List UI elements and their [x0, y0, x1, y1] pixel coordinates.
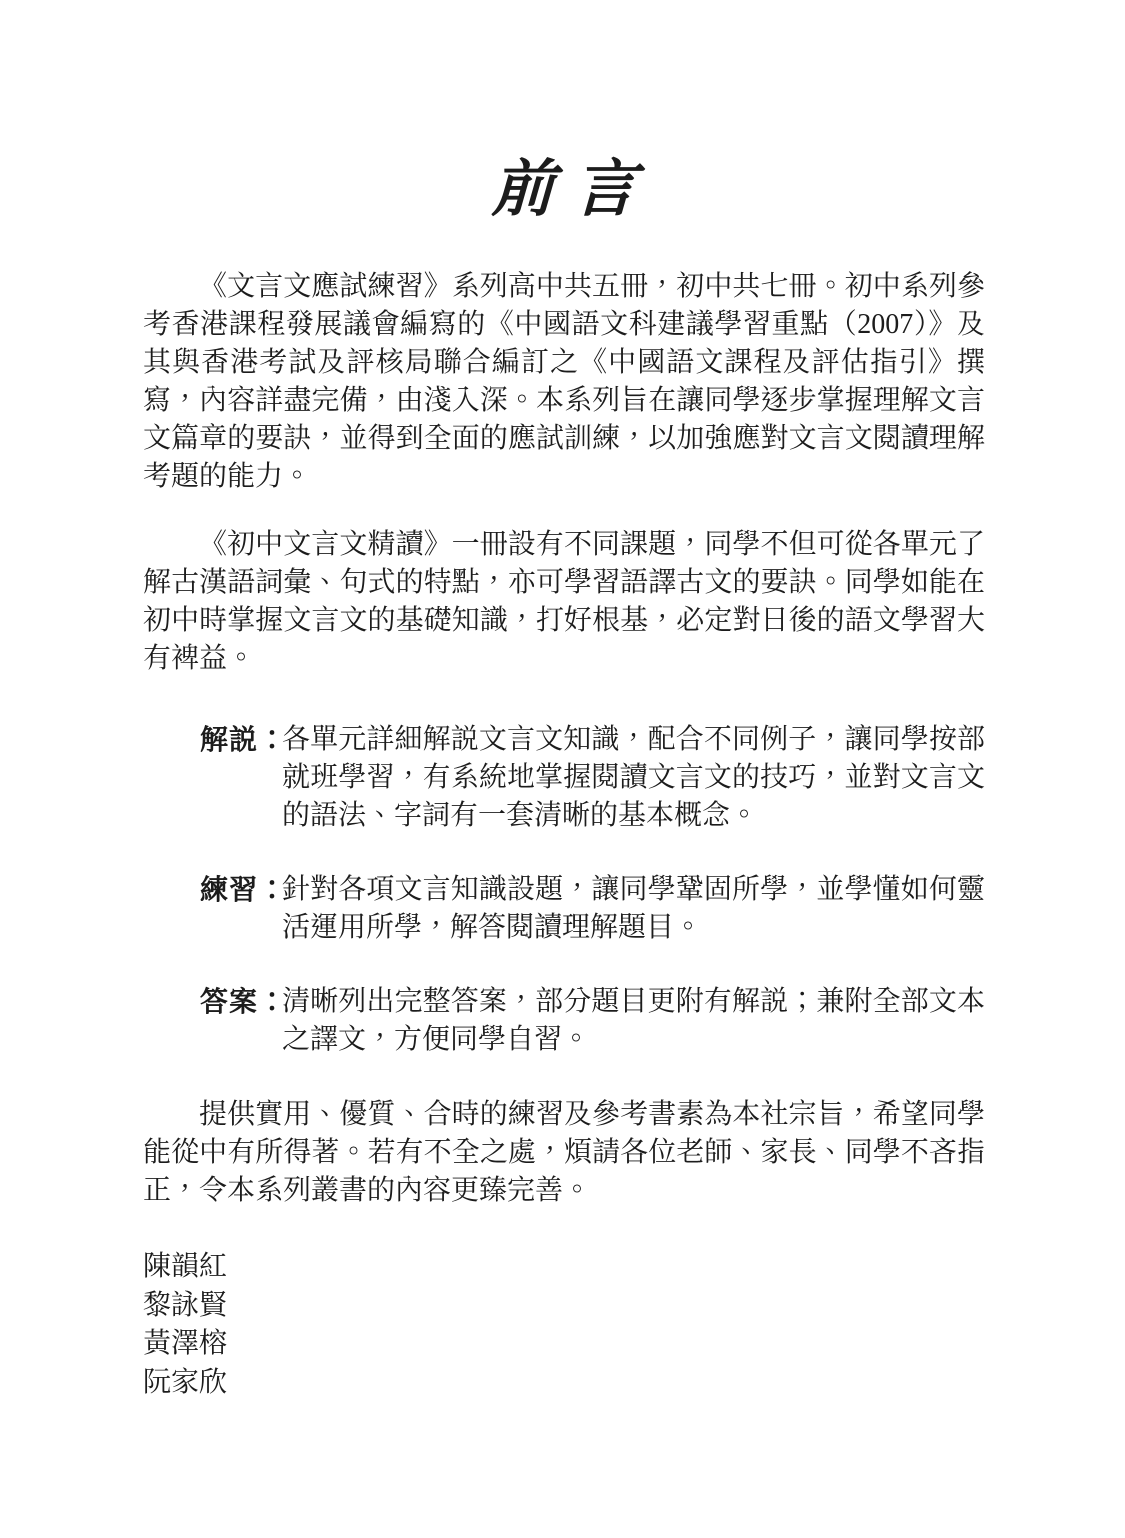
feature-text-answers: 清晰列出完整答案，部分題目更附有解説；兼附全部文本之譯文，方便同學自習。 [282, 986, 985, 1055]
author-name: 黎詠賢 [143, 1287, 985, 1326]
author-name: 陳韻紅 [143, 1248, 985, 1287]
author-name: 黃澤榕 [143, 1325, 985, 1364]
feature-text-practice: 針對各項文言知識設題，讓同學鞏固所學，並學懂如何靈活運用所學，解答閱讀理解題目。 [282, 874, 985, 943]
closing-paragraph: 提供實用、優質、合時的練習及參考書素為本社宗旨，希望同學能從中有所得著。若有不全… [143, 1096, 985, 1210]
feature-text-explanation: 各單元詳細解説文言文知識，配合不同例子，讓同學按部就班學習，有系統地掌握閱讀文言… [282, 724, 985, 831]
feature-item-practice: 練習： 針對各項文言知識設題，讓同學鞏固所學，並學懂如何靈活運用所學，解答閱讀理… [143, 871, 985, 947]
author-name: 阮家欣 [143, 1364, 985, 1403]
feature-label-practice: 練習： [200, 871, 287, 909]
preface-page: 前言 《文言文應試練習》系列高中共五冊，初中共七冊。初中系列參考香港課程發展議會… [0, 0, 1125, 1538]
intro-paragraph-1: 《文言文應試練習》系列高中共五冊，初中共七冊。初中系列參考香港課程發展議會編寫的… [143, 268, 985, 496]
page-body: 《文言文應試練習》系列高中共五冊，初中共七冊。初中系列參考香港課程發展議會編寫的… [143, 268, 985, 1402]
page-title: 前言 [142, 150, 987, 230]
intro-paragraph-2: 《初中文言文精讀》一冊設有不同課題，同學不但可從各單元了解古漢語詞彙、句式的特點… [143, 526, 985, 678]
feature-item-answers: 答案： 清晰列出完整答案，部分題目更附有解説；兼附全部文本之譯文，方便同學自習。 [143, 983, 985, 1059]
feature-item-explanation: 解説： 各單元詳細解説文言文知識，配合不同例子，讓同學按部就班學習，有系統地掌握… [143, 721, 985, 835]
feature-label-explanation: 解説： [200, 721, 287, 759]
feature-label-answers: 答案： [200, 983, 287, 1021]
feature-list: 解説： 各單元詳細解説文言文知識，配合不同例子，讓同學按部就班學習，有系統地掌握… [143, 721, 985, 1059]
author-list: 陳韻紅 黎詠賢 黃澤榕 阮家欣 [143, 1248, 985, 1402]
